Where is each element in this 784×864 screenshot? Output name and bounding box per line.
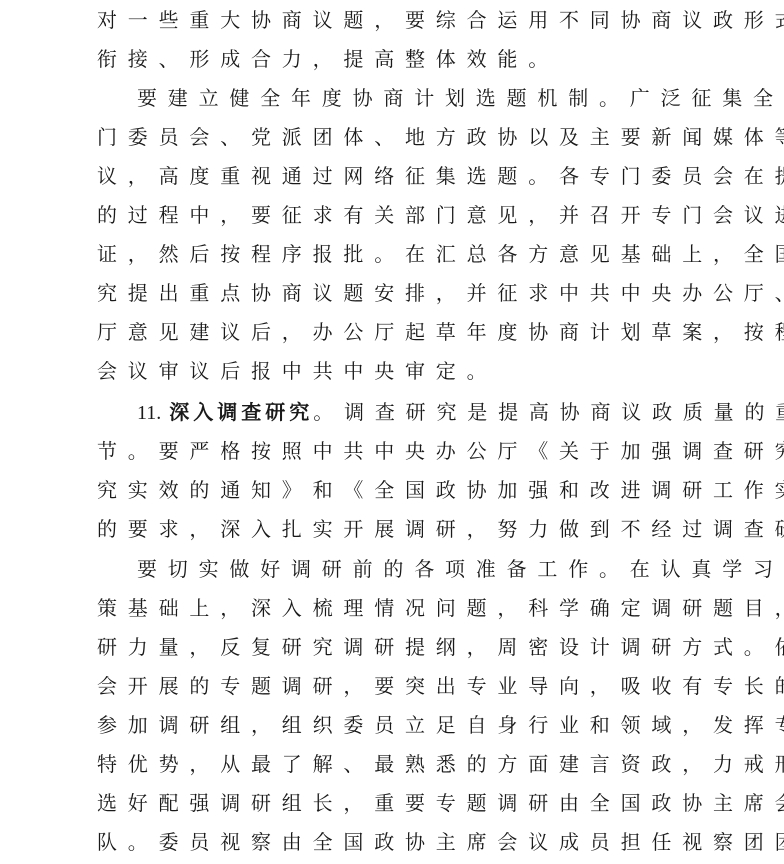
text-line: 对一些重大协商议题，要综合运用不同协商议政形式，做到相互 — [97, 1, 784, 40]
section-heading-rest: 。调查研究是提高协商议政质量的重要环 — [313, 400, 784, 424]
text-line: 特优势，从最了解、最熟悉的方面建言资政，力戒形式主义。要 — [97, 745, 784, 784]
text-line: 参加调研组，组织委员立足自身行业和领域，发挥专业特长和独 — [97, 706, 784, 745]
text-line: 厅意见建议后，办公厅起草年度协商计划草案，按程序提请主席 — [97, 313, 784, 352]
text-line: 究实效的通知》和《全国政协加强和改进调研工作实施办法》 — [97, 471, 784, 510]
text-line: 策基础上，深入梳理情况问题，科学确定调研题目，精心组织调 — [97, 589, 784, 628]
text-line: 研力量，反复研究调研提纲，周密设计调研方式。依托专门委员 — [97, 628, 784, 667]
text-line: 的要求，深入扎实开展调研，努力做到不经过调查研究不议政。 — [97, 510, 784, 549]
paragraph-start: 要切实做好调研前的各项准备工作。在认真学习掌握相关政 — [97, 550, 784, 589]
text-line: 选好配强调研组长，重要专题调研由全国政协主席会议成员带 — [97, 784, 784, 823]
text-line: 衔接、形成合力，提高整体效能。 — [97, 40, 559, 79]
text-line: 会开展的专题调研，要突出专业导向，吸收有专长的委员和专家 — [97, 667, 784, 706]
text-line: 究提出重点协商议题安排，并征求中共中央办公厅、国务院办公 — [97, 274, 784, 313]
text-line: 证，然后按程序报批。在汇总各方意见基础上，全国政协党组研 — [97, 235, 784, 274]
section-heading-line: 11.深入调查研究。调查研究是提高协商议政质量的重要环 — [97, 393, 784, 432]
text-line: 门委员会、党派团体、地方政协以及主要新闻媒体等的选题建 — [97, 118, 784, 157]
text-line: 议，高度重视通过网络征集选题。各专门委员会在提出选题建议 — [97, 157, 784, 196]
text-line: 队。委员视察由全国政协主席会议成员担任视察团团长，邀请在 — [97, 823, 784, 862]
section-heading: 深入调查研究 — [169, 400, 313, 424]
section-number: 11. — [137, 402, 161, 424]
text-line: 节。要严格按照中共中央办公厅《关于加强调查研究提高调查研 — [97, 432, 784, 471]
text-line: 会议审议后报中共中央审定。 — [97, 352, 497, 391]
text-line: 的过程中，要征求有关部门意见，并召开专门会议进行研究论 — [97, 196, 784, 235]
paragraph-start: 要建立健全年度协商计划选题机制。广泛征集全体委员、专 — [97, 79, 784, 118]
